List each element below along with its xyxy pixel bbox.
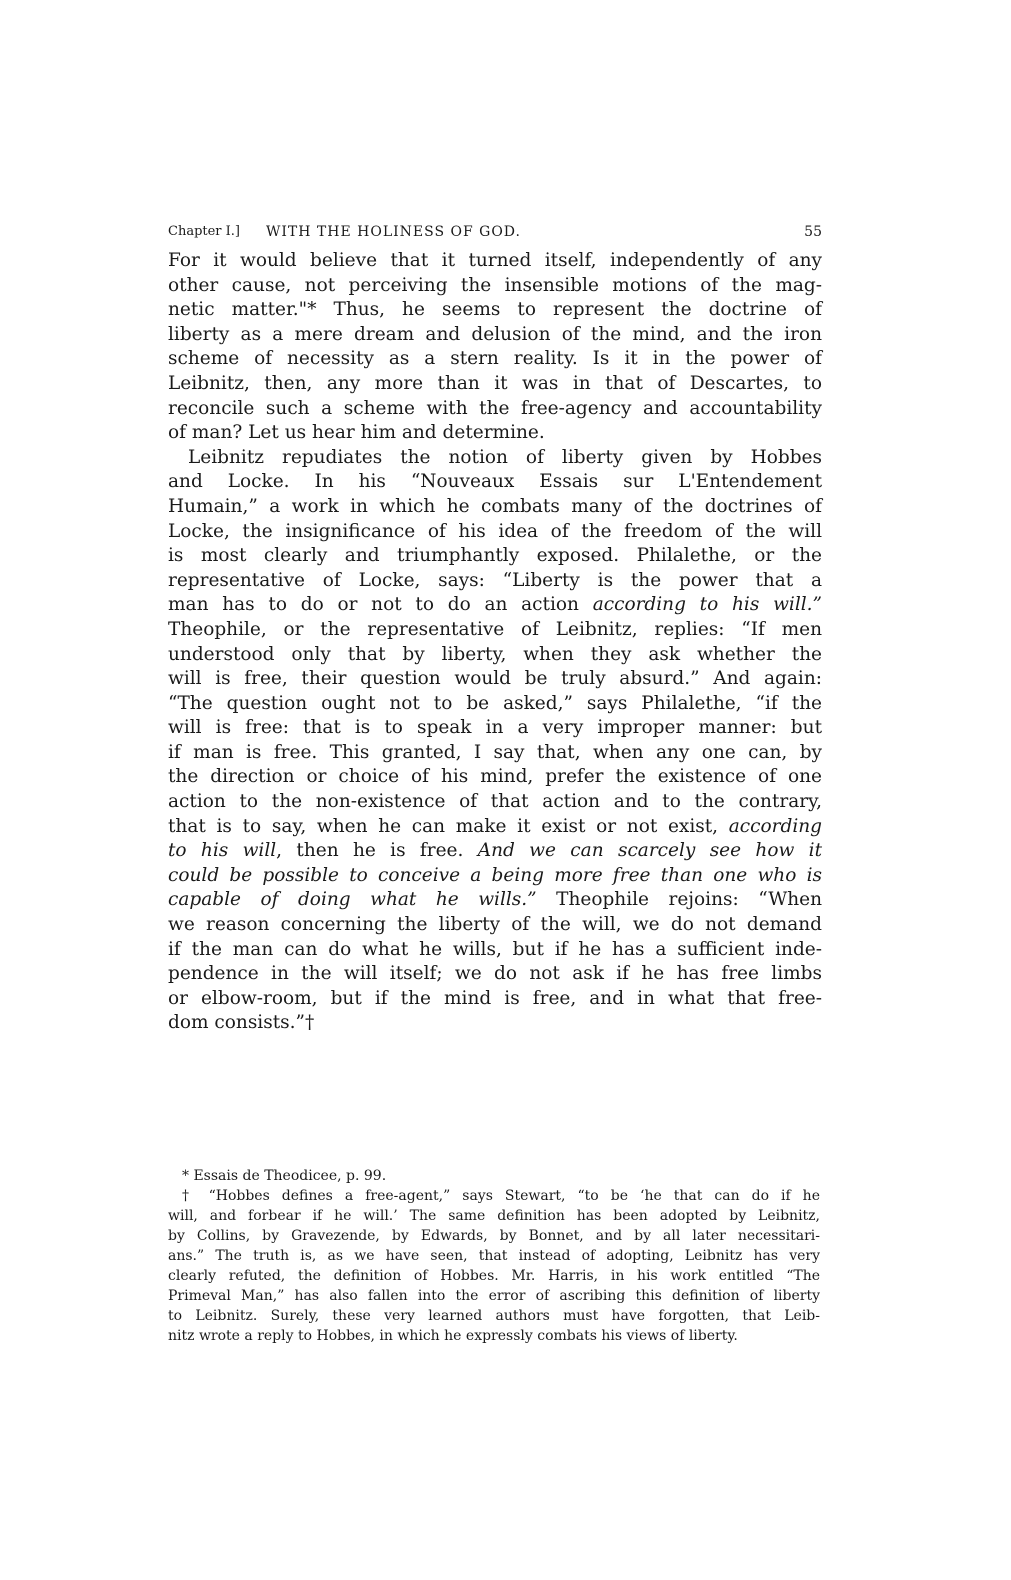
body-line: liberty as a mere dream and delusion of … [168, 323, 822, 348]
footnote-line: † “Hobbes defines a free-agent,” says St… [168, 1186, 820, 1206]
italic-text: And we can scarcely see how it [478, 840, 822, 861]
body-line: netic matter."* Thus, he seems to repres… [168, 298, 822, 323]
line-text: dom consists.”† [168, 1012, 314, 1033]
line-text: For it would believe that it turned itse… [168, 250, 822, 271]
line-text: if man is free. This granted, I say that… [168, 742, 822, 763]
body-line: Humain,” a work in which he combats many… [168, 495, 822, 520]
body-line: will is free, their question would be tr… [168, 667, 822, 692]
body-line: man has to do or not to do an action acc… [168, 593, 822, 618]
line-text: ans.” The truth is, as we have seen, tha… [168, 1248, 820, 1264]
line-text: by Collins, by Gravezende, by Edwards, b… [168, 1228, 820, 1244]
body-line: to his will, then he is free. And we can… [168, 839, 822, 864]
line-text: , then he is free. [276, 840, 478, 861]
running-head: Chapter I.] WITH THE HOLINESS OF GOD. 55 [168, 224, 822, 244]
footnote-line: ans.” The truth is, as we have seen, tha… [168, 1246, 820, 1266]
line-text: nitz wrote a reply to Hobbes, in which h… [168, 1328, 738, 1344]
body-line: pendence in the will itself; we do not a… [168, 962, 822, 987]
body-line: understood only that by liberty, when th… [168, 643, 822, 668]
body-line: of man? Let us hear him and determine. [168, 421, 822, 446]
line-text: liberty as a mere dream and delusion of … [168, 324, 822, 345]
line-text: we reason concerning the liberty of the … [168, 914, 822, 935]
line-text: will, and forbear if he will.’ The same … [168, 1208, 820, 1224]
body-line: if the man can do what he wills, but if … [168, 938, 822, 963]
body-line: Locke, the insignificance of his idea of… [168, 520, 822, 545]
body-line: scheme of necessity as a stern reality. … [168, 347, 822, 372]
italic-text: capable of doing what he wills.” [168, 889, 537, 910]
line-text: that is to say, when he can make it exis… [168, 816, 729, 837]
body-line: or elbow-room, but if the mind is free, … [168, 987, 822, 1012]
italic-text: according [729, 816, 822, 837]
chapter-label: Chapter I.] [168, 224, 240, 239]
line-text: * Essais de Theodicee, p. 99. [182, 1168, 386, 1184]
line-text: is most clearly and triumphantly exposed… [168, 545, 822, 566]
body-line: if man is free. This granted, I say that… [168, 741, 822, 766]
line-text: other cause, not perceiving the insensib… [168, 275, 822, 296]
italic-text: according to his will.” [593, 594, 822, 615]
body-line: capable of doing what he wills.” Theophi… [168, 888, 822, 913]
body-text: For it would believe that it turned itse… [168, 249, 822, 1036]
line-text: and Locke. In his “Nouveaux Essais sur L… [168, 471, 822, 492]
line-text: the direction or choice of his mind, pre… [168, 766, 822, 787]
footnotes: * Essais de Theodicee, p. 99.† “Hobbes d… [168, 1166, 820, 1346]
footnote-line: to Leibnitz. Surely, these very learned … [168, 1306, 820, 1326]
line-text: to Leibnitz. Surely, these very learned … [168, 1308, 820, 1324]
body-line: reconcile such a scheme with the free-ag… [168, 397, 822, 422]
body-line: action to the non-existence of that acti… [168, 790, 822, 815]
italic-text: to his will [168, 840, 276, 861]
line-text: or elbow-room, but if the mind is free, … [168, 988, 822, 1009]
line-text: understood only that by liberty, when th… [168, 644, 822, 665]
line-text: man has to do or not to do an action [168, 594, 593, 615]
line-text: “The question ought not to be asked,” sa… [168, 693, 822, 714]
footnote-line: by Collins, by Gravezende, by Edwards, b… [168, 1226, 820, 1246]
body-line: will is free: that is to speak in a very… [168, 716, 822, 741]
body-line: Leibnitz, then, any more than it was in … [168, 372, 822, 397]
body-line: and Locke. In his “Nouveaux Essais sur L… [168, 470, 822, 495]
line-text: action to the non-existence of that acti… [168, 791, 822, 812]
line-text: will is free, their question would be tr… [168, 668, 822, 689]
body-line: “The question ought not to be asked,” sa… [168, 692, 822, 717]
body-line: Theophile, or the representative of Leib… [168, 618, 822, 643]
book-page: Chapter I.] WITH THE HOLINESS OF GOD. 55… [0, 0, 1011, 1580]
body-line: other cause, not perceiving the insensib… [168, 274, 822, 299]
line-text: reconcile such a scheme with the free-ag… [168, 398, 822, 419]
line-text: representative of Locke, says: “Liberty … [168, 570, 822, 591]
line-text: pendence in the will itself; we do not a… [168, 963, 822, 984]
footnote-line: * Essais de Theodicee, p. 99. [168, 1166, 820, 1186]
body-line: the direction or choice of his mind, pre… [168, 765, 822, 790]
italic-text: could be possible to conceive a being mo… [168, 865, 822, 886]
body-line: representative of Locke, says: “Liberty … [168, 569, 822, 594]
footnote-line: nitz wrote a reply to Hobbes, in which h… [168, 1326, 820, 1346]
footnote-line: Primeval Man,” has also fallen into the … [168, 1286, 820, 1306]
line-text: of man? Let us hear him and determine. [168, 422, 545, 443]
line-text: Primeval Man,” has also fallen into the … [168, 1288, 820, 1304]
body-line: that is to say, when he can make it exis… [168, 815, 822, 840]
line-text: if the man can do what he wills, but if … [168, 939, 822, 960]
line-text: † “Hobbes defines a free-agent,” says St… [182, 1188, 820, 1204]
page-number: 55 [804, 224, 822, 240]
line-text: Locke, the insignificance of his idea of… [168, 521, 822, 542]
line-text: clearly refuted, the definition of Hobbe… [168, 1268, 820, 1284]
footnote-line: clearly refuted, the definition of Hobbe… [168, 1266, 820, 1286]
footnote-line: will, and forbear if he will.’ The same … [168, 1206, 820, 1226]
line-text: Theophile, or the representative of Leib… [168, 619, 822, 640]
body-line: we reason concerning the liberty of the … [168, 913, 822, 938]
running-title: WITH THE HOLINESS OF GOD. [266, 224, 521, 240]
line-text: Theophile rejoins: “When [537, 889, 822, 910]
body-line: For it would believe that it turned itse… [168, 249, 822, 274]
body-line: is most clearly and triumphantly exposed… [168, 544, 822, 569]
body-line: could be possible to conceive a being mo… [168, 864, 822, 889]
line-text: Leibnitz, then, any more than it was in … [168, 373, 822, 394]
line-text: netic matter."* Thus, he seems to repres… [168, 299, 822, 320]
line-text: Humain,” a work in which he combats many… [168, 496, 822, 517]
body-line: dom consists.”† [168, 1011, 822, 1036]
line-text: will is free: that is to speak in a very… [168, 717, 822, 738]
line-text: Leibnitz repudiates the notion of libert… [188, 447, 822, 468]
body-line: Leibnitz repudiates the notion of libert… [168, 446, 822, 471]
line-text: scheme of necessity as a stern reality. … [168, 348, 822, 369]
